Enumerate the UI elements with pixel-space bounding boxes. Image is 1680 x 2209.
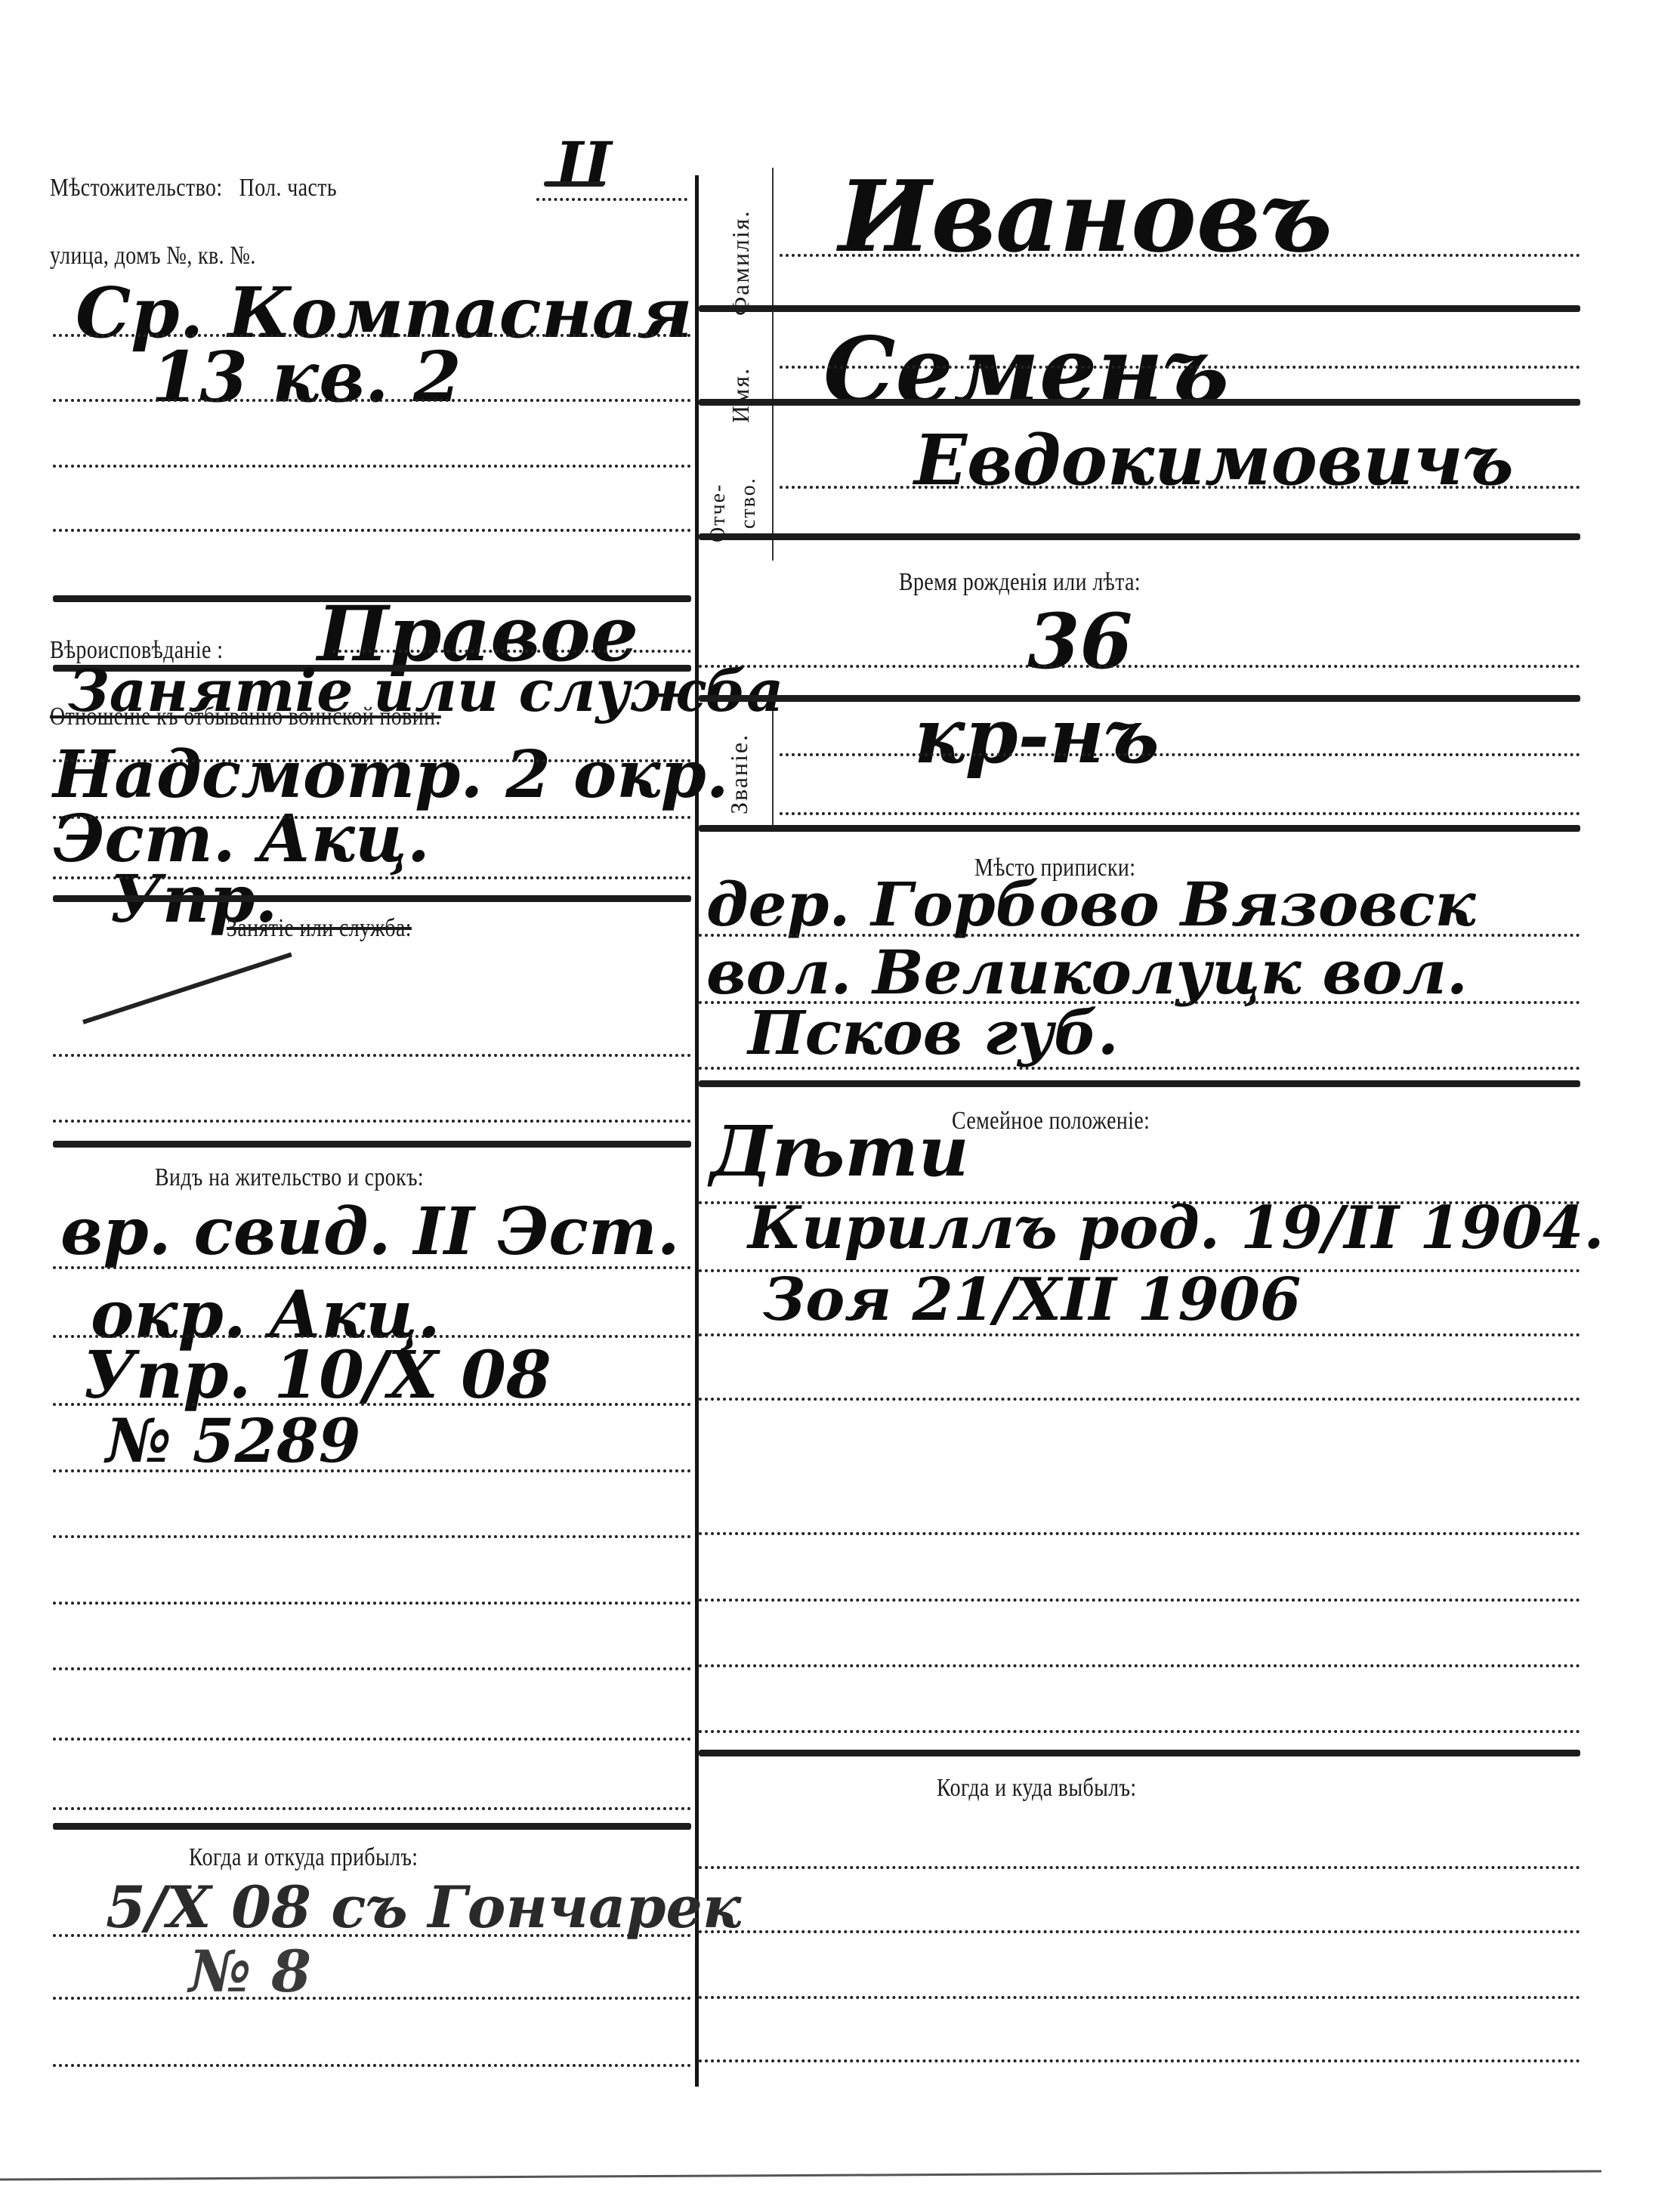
family-rule-3 xyxy=(699,1333,1580,1336)
patronymic-label-line2: ство. xyxy=(737,477,761,529)
registration-card: Мѣстожительство: Пол. часть II улица, до… xyxy=(0,0,1680,2209)
paper-bottom-edge xyxy=(0,2170,1601,2180)
registration-place-value-3: Псков губ. xyxy=(748,997,1119,1068)
arrival-rule-1 xyxy=(53,1934,691,1937)
section-divider-military xyxy=(53,895,691,902)
departure-rule-2 xyxy=(699,1930,1580,1933)
residence-label-text: Мѣстожительство: xyxy=(50,174,223,202)
section-divider-first-name xyxy=(699,399,1580,406)
address-label: улица, домъ №, кв. №. xyxy=(50,242,256,270)
departure-rule-1 xyxy=(699,1866,1580,1869)
police-part-value: II xyxy=(555,128,612,199)
police-part-label: Пол. часть xyxy=(239,174,337,202)
occupation-rule-1 xyxy=(53,1054,691,1057)
family-status-label: Семейное положеніе: xyxy=(952,1107,1150,1135)
arrival-value-2: № 8 xyxy=(189,1938,311,2005)
family-rule-5 xyxy=(699,1532,1580,1535)
police-part-underline xyxy=(544,181,604,187)
residence-permit-label: Видъ на жительство и срокъ: xyxy=(155,1163,424,1192)
departure-rule-4 xyxy=(699,2059,1580,2062)
address-line-2: 13 кв. 2 xyxy=(151,336,462,418)
patronymic-rule xyxy=(780,486,1580,489)
permit-rule-7 xyxy=(53,1667,691,1670)
birth-rule xyxy=(699,665,1580,668)
label-column-divider-rank xyxy=(772,709,774,826)
section-divider-surname xyxy=(699,305,1580,312)
occupation-dash-stroke xyxy=(82,953,292,1024)
arrival-rule-3 xyxy=(53,2064,691,2067)
military-relation-label: Отношеніе къ отбыванію воинской повин. xyxy=(50,703,441,731)
first-name-value: Семенъ xyxy=(823,317,1229,424)
religion-rule xyxy=(332,650,691,653)
police-part-line xyxy=(536,198,687,201)
permit-rule-1 xyxy=(53,1266,691,1269)
birth-value: 36 xyxy=(1027,597,1132,686)
registration-rule-3 xyxy=(699,1067,1580,1070)
address-line-rule-3 xyxy=(53,465,691,468)
arrival-value-1: 5/X 08 съ Гончарек xyxy=(106,1874,741,1941)
permit-rule-5 xyxy=(53,1535,691,1538)
military-rule-3 xyxy=(53,876,691,879)
family-rule-8 xyxy=(699,1730,1580,1733)
rank-rule-2 xyxy=(780,812,1580,815)
arrival-label: Когда и откуда прибылъ: xyxy=(189,1843,418,1872)
section-divider-occupation xyxy=(53,1141,691,1148)
residence-permit-value-4: № 5289 xyxy=(106,1405,360,1476)
section-divider-permit xyxy=(53,1823,691,1830)
family-status-value-3: Зоя 21/XII 1906 xyxy=(763,1265,1301,1334)
section-divider-rank xyxy=(699,825,1580,832)
permit-rule-6 xyxy=(53,1602,691,1605)
address-line-rule-4 xyxy=(53,529,691,532)
family-status-value-1: Дѣти xyxy=(710,1111,969,1192)
residence-permit-value-1: вр. свид. II Эст. xyxy=(60,1194,680,1270)
occupation-label: Занятіе или служба: xyxy=(227,914,412,943)
military-rule-2 xyxy=(53,816,691,819)
center-divider xyxy=(695,175,699,2087)
departure-label: Когда и куда выбылъ: xyxy=(937,1774,1137,1803)
permit-rule-9 xyxy=(53,1807,691,1810)
address-line-rule-2 xyxy=(53,399,691,402)
section-divider-family xyxy=(699,1750,1580,1756)
permit-rule-8 xyxy=(53,1738,691,1741)
occupation-rule-2 xyxy=(53,1120,691,1123)
surname-label: Фамилія. xyxy=(727,210,755,316)
label-column-divider-top xyxy=(772,168,774,561)
surname-value: Ивановъ xyxy=(838,159,1333,274)
departure-rule-3 xyxy=(699,1996,1580,1999)
residence-permit-value-3: Упр. 10/X 08 xyxy=(83,1337,551,1413)
military-rule-1 xyxy=(53,759,691,762)
permit-rule-4 xyxy=(53,1469,691,1472)
rank-label: Званіе. xyxy=(725,734,753,814)
rank-value: кр-нъ xyxy=(914,691,1160,780)
family-rule-7 xyxy=(699,1664,1580,1667)
first-name-label: Имя. xyxy=(727,367,755,423)
section-divider-registration xyxy=(699,1080,1580,1087)
residence-label: Мѣстожительство: Пол. часть xyxy=(50,174,337,202)
section-divider-patronymic xyxy=(699,533,1580,540)
family-rule-6 xyxy=(699,1599,1580,1602)
surname-rule xyxy=(780,254,1580,257)
birth-label: Время рожденія или лѣта: xyxy=(899,568,1141,597)
first-name-rule xyxy=(780,366,1580,369)
family-status-value-2: Кириллъ род. 19/II 1904. xyxy=(748,1194,1604,1262)
registration-place-value-1: дер. Горбово Вязовск xyxy=(706,869,1476,940)
arrival-rule-2 xyxy=(53,1997,691,2000)
rank-rule-1 xyxy=(780,753,1580,756)
family-rule-4 xyxy=(699,1398,1580,1401)
